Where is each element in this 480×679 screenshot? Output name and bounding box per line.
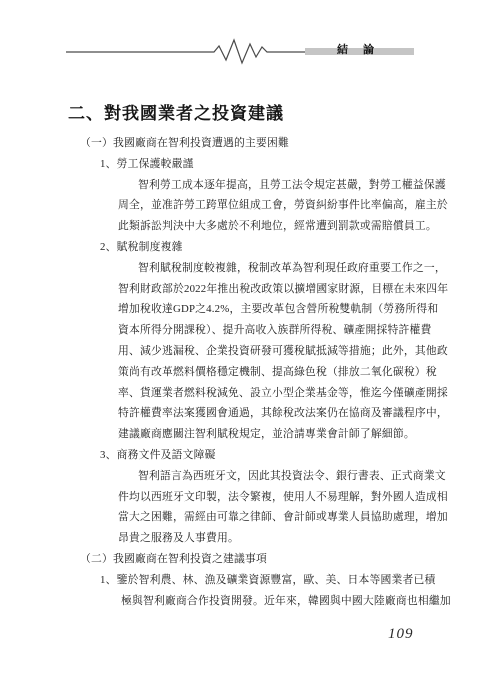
list-item-line: 2、賦稅制度複雜 bbox=[80, 237, 450, 258]
body-content: （一）我國廠商在智利投資遭遇的主要困難 1、勞工保護較嚴謹 智利勞工成本逐年提高… bbox=[80, 133, 450, 611]
body-line: 智利賦稅制度較複雜，稅制改革為智利現任政府重要工作之一， bbox=[80, 258, 450, 279]
list-item-line: 1、勞工保護較嚴謹 bbox=[80, 154, 450, 175]
list-item-line: 1、鑒於智利農、林、漁及礦業資源豐富，歐、美、日本等國業者已積 bbox=[80, 570, 450, 591]
body-line: 建議廠商應關注智利賦稅規定，並洽請專業會計師了解細節。 bbox=[80, 424, 450, 445]
body-line: 智利勞工成本逐年提高，且勞工法令規定甚嚴，對勞工權益保護 bbox=[80, 175, 450, 196]
body-line: 極與智利廠商合作投資開發。近年來，韓國與中國大陸廠商也相繼加 bbox=[80, 591, 450, 612]
body-line: 智利財政部於2022年推出稅改政策以擴增國家財源，目標在未來四年 bbox=[80, 279, 450, 300]
body-line: 用、減少逃漏稅、企業投資研發可獲稅賦抵減等措施；此外，其他政 bbox=[80, 341, 450, 362]
body-line: 智利語言為西班牙文，因此其投資法令、銀行書表、正式商業文 bbox=[80, 466, 450, 487]
header-rule-pulse-icon bbox=[66, 38, 310, 66]
page-title: 二、對我國業者之投資建議 bbox=[68, 99, 284, 124]
body-line: 當大之困難，需經由可靠之律師、會計師或專業人員協助處理，增加 bbox=[80, 507, 450, 528]
heading-line: （一）我國廠商在智利投資遭遇的主要困難 bbox=[80, 133, 450, 154]
body-line: 昂貴之服務及人事費用。 bbox=[80, 528, 450, 549]
body-line: 率、貨運業者燃料稅減免、設立小型企業基金等，惟迄今僅礦產開採 bbox=[80, 383, 450, 404]
list-item-line: 3、商務文件及語文障礙 bbox=[80, 445, 450, 466]
body-line: 此類訴訟判決中大多處於不利地位，經常遭到罰款或需賠償員工。 bbox=[80, 216, 450, 237]
body-line: 資本所得分開課稅）、提升高收入族群所得稅、礦產開採特許權費 bbox=[80, 320, 450, 341]
page-number: 109 bbox=[388, 626, 414, 643]
heading-line: （二）我國廠商在智利投資之建議事項 bbox=[80, 549, 450, 570]
body-line: 特許權費率法案獲國會通過，其餘稅改法案仍在協商及審議程序中， bbox=[80, 403, 450, 424]
body-line: 件均以西班牙文印製，法令繁複，使用人不易理解，對外國人造成相 bbox=[80, 487, 450, 508]
body-line: 策尚有改革燃料價格穩定機制、提高綠色稅（排放二氧化碳稅）稅 bbox=[80, 362, 450, 383]
document-page: 結 論 二、對我國業者之投資建議 （一）我國廠商在智利投資遭遇的主要困難 1、勞… bbox=[0, 0, 480, 679]
body-line: 增加稅收達GDP之4.2%，主要改革包含營所稅雙軌制（勞務所得和 bbox=[80, 299, 450, 320]
section-label: 結 論 bbox=[337, 41, 376, 57]
body-line: 周全，並准許勞工跨單位組成工會，勞資糾紛事件比率偏高，雇主於 bbox=[80, 195, 450, 216]
